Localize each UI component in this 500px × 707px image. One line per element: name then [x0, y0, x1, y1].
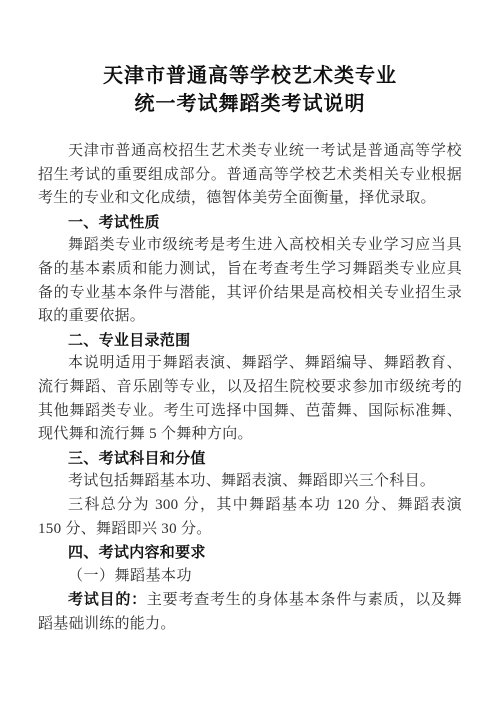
section-1-paragraph: 舞蹈类专业市级统考是考生进入高校相关专业学习应当具备的基本素质和能力测试，旨在考… — [38, 234, 462, 328]
section-3-paragraph-1: 考试包括舞蹈基本功、舞蹈表演、舞蹈即兴三个科目。 — [38, 470, 462, 494]
section-2-heading: 二、专业目录范围 — [38, 329, 462, 353]
document-page: 天津市普通高等学校艺术类专业 统一考试舞蹈类考试说明 天津市普通高校招生艺术类专… — [0, 0, 500, 707]
section-3-heading: 三、考试科目和分值 — [38, 447, 462, 471]
section-1-heading: 一、考试性质 — [38, 211, 462, 235]
section-3-paragraph-2: 三科总分为 300 分，其中舞蹈基本功 120 分、舞蹈表演 150 分、舞蹈即… — [38, 494, 462, 541]
intro-paragraph: 天津市普通高校招生艺术类专业统一考试是普通高等学校招生考试的重要组成部分。普通高… — [38, 140, 462, 211]
document-title-line2: 统一考试舞蹈类考试说明 — [38, 90, 462, 118]
document-title: 天津市普通高等学校艺术类专业 统一考试舞蹈类考试说明 — [38, 62, 462, 118]
exam-purpose-label: 考试目的： — [68, 591, 147, 608]
exam-purpose-paragraph: 考试目的：主要考查考生的身体基本条件与素质，以及舞蹈基础训练的能力。 — [38, 588, 462, 636]
section-4-subheading: （一）舞蹈基本功 — [38, 565, 462, 589]
section-4-heading: 四、考试内容和要求 — [38, 541, 462, 565]
document-title-line1: 天津市普通高等学校艺术类专业 — [38, 62, 462, 90]
section-2-paragraph: 本说明适用于舞蹈表演、舞蹈学、舞蹈编导、舞蹈教育、流行舞蹈、音乐剧等专业，以及招… — [38, 352, 462, 446]
